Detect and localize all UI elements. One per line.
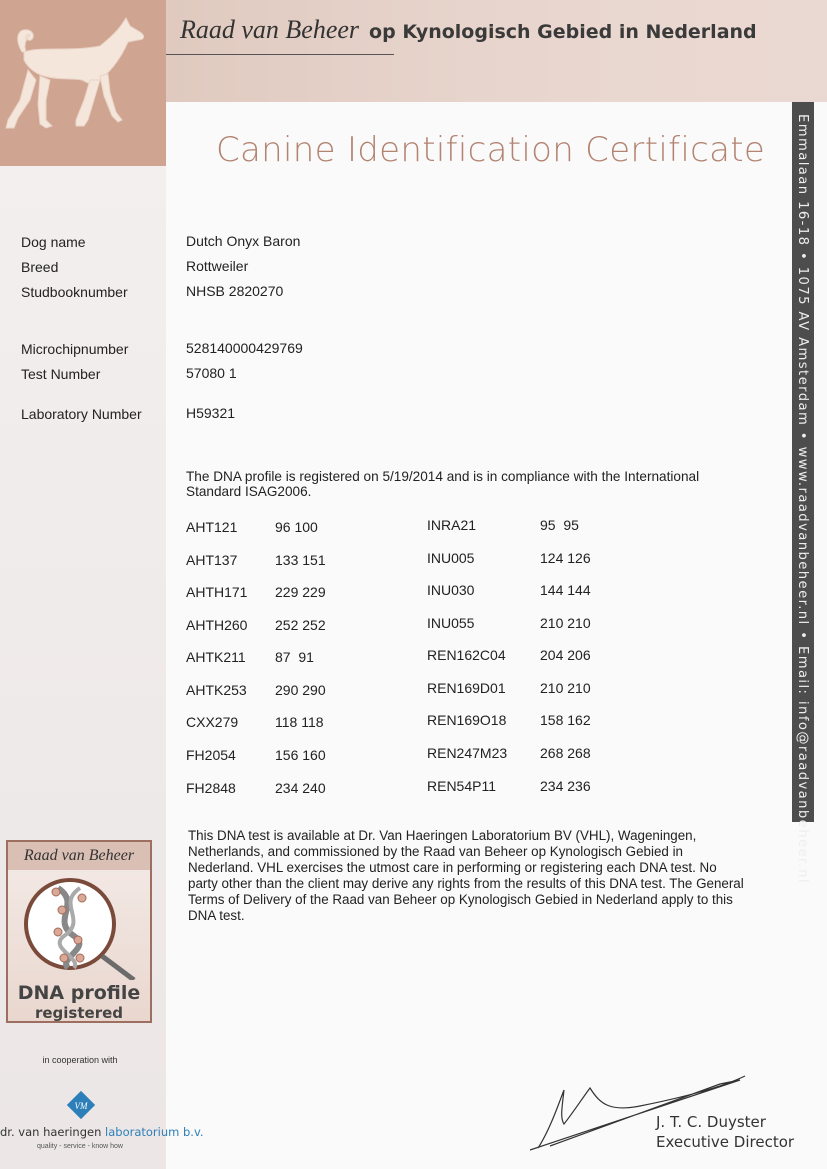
marker-name: INRA21 <box>427 517 476 533</box>
lab-tagline: quality - service - know how <box>0 1143 160 1150</box>
lab-name-part2: laboratorium b.v. <box>105 1125 204 1139</box>
dna-profile-badge: Raad van Beheer DNA profile registered <box>6 840 152 1023</box>
field-label-microchip: Microchipnumber <box>21 341 128 357</box>
signer-role: Executive Director <box>656 1132 794 1152</box>
signer-name: J. T. C. Duyster <box>656 1112 794 1132</box>
marker-name: INU030 <box>427 582 474 598</box>
field-value-dog-name: Dutch Onyx Baron <box>186 233 300 249</box>
dna-disclaimer: This DNA test is available at Dr. Van Ha… <box>188 828 748 924</box>
field-value-studbook: NHSB 2820270 <box>186 283 283 299</box>
marker-alleles: 210 210 <box>540 615 591 631</box>
organization-name-italic: Raad van Beheer <box>180 15 359 44</box>
marker-alleles: 133 151 <box>275 552 326 568</box>
dog-illustration <box>0 0 166 166</box>
badge-head: Raad van Beheer <box>8 842 150 870</box>
signer-block: J. T. C. Duyster Executive Director <box>656 1112 794 1152</box>
marker-alleles: 234 240 <box>275 780 326 796</box>
certificate-title: Canine Identification Certificate <box>216 130 765 170</box>
marker-name: INU005 <box>427 550 474 566</box>
organization-name-rest: op Kynologisch Gebied in Nederland <box>369 21 757 43</box>
badge-line2: registered <box>8 1004 150 1022</box>
field-label-studbook: Studbooknumber <box>21 284 128 300</box>
marker-alleles: 234 236 <box>540 778 591 794</box>
marker-alleles: 144 144 <box>540 582 591 598</box>
marker-alleles: 268 268 <box>540 745 591 761</box>
lab-name: dr. van haeringen laboratorium b.v. <box>0 1125 166 1139</box>
svg-text:VM: VM <box>75 1101 88 1111</box>
marker-name: AHTK211 <box>186 649 246 665</box>
marker-name: REN169D01 <box>427 680 506 696</box>
marker-alleles: 96 100 <box>275 519 318 535</box>
marker-alleles: 158 162 <box>540 712 591 728</box>
contact-text: Emmalaan 16-18 • 1075 AV Amsterdam • www… <box>795 114 810 884</box>
field-label-lab-number: Laboratory Number <box>21 406 142 422</box>
field-label-breed: Breed <box>21 259 58 275</box>
marker-name: INU055 <box>427 615 474 631</box>
marker-alleles: 95 95 <box>540 517 579 533</box>
contact-strip: Emmalaan 16-18 • 1075 AV Amsterdam • www… <box>792 102 814 822</box>
cooperation-label: in cooperation with <box>0 1055 160 1065</box>
marker-alleles: 204 206 <box>540 647 591 663</box>
marker-name: AHTK253 <box>186 682 247 698</box>
lab-name-part1: dr. van haeringen <box>0 1125 105 1139</box>
marker-alleles: 210 210 <box>540 680 591 696</box>
marker-alleles: 118 118 <box>275 714 324 730</box>
marker-name: REN162C04 <box>427 647 506 663</box>
marker-name: FH2848 <box>186 780 236 796</box>
marker-name: CXX279 <box>186 714 238 730</box>
marker-name: AHT137 <box>186 552 237 568</box>
marker-name: REN247M23 <box>427 745 507 761</box>
lab-logo-icon: VM <box>66 1090 96 1120</box>
marker-name: REN169O18 <box>427 712 506 728</box>
organization-name: Raad van Beheerop Kynologisch Gebied in … <box>180 14 757 45</box>
field-value-lab-number: H59321 <box>186 405 235 421</box>
marker-alleles: 87 91 <box>275 649 314 665</box>
marker-alleles: 252 252 <box>275 617 326 633</box>
marker-alleles: 156 160 <box>275 747 326 763</box>
field-label-test-number: Test Number <box>21 366 100 382</box>
dna-intro: The DNA profile is registered on 5/19/20… <box>186 469 746 499</box>
marker-name: FH2054 <box>186 747 236 763</box>
field-value-breed: Rottweiler <box>186 258 248 274</box>
field-value-test-number: 57080 1 <box>186 365 237 381</box>
marker-name: REN54P11 <box>427 778 496 794</box>
dog-icon <box>0 0 166 166</box>
magnifier-dna-icon <box>22 874 140 980</box>
field-value-microchip: 528140000429769 <box>186 340 303 356</box>
title-underline <box>166 54 394 55</box>
marker-name: AHTH171 <box>186 584 247 600</box>
marker-alleles: 124 126 <box>540 550 591 566</box>
badge-line1: DNA profile <box>8 982 150 1004</box>
marker-name: AHT121 <box>186 519 237 535</box>
marker-alleles: 229 229 <box>275 584 326 600</box>
field-label-dog-name: Dog name <box>21 234 86 250</box>
marker-name: AHTH260 <box>186 617 247 633</box>
marker-alleles: 290 290 <box>275 682 326 698</box>
